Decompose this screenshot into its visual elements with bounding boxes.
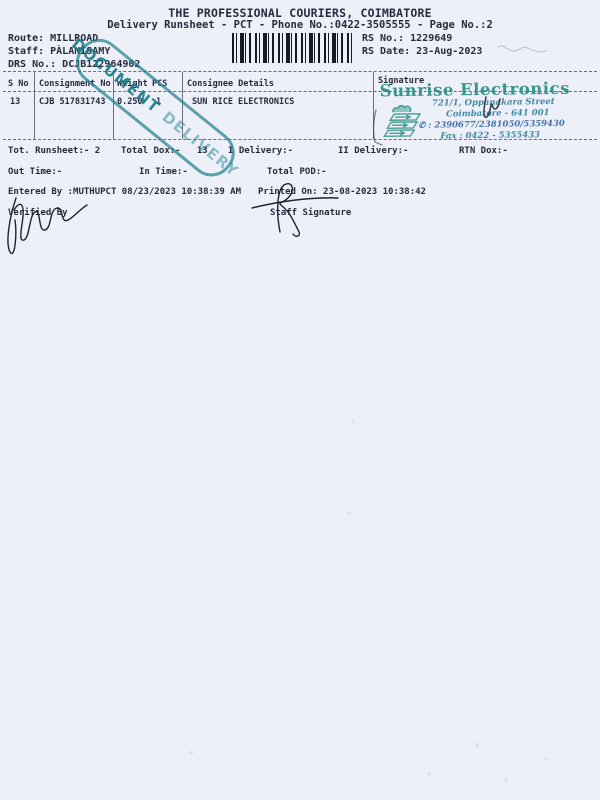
column-divider — [34, 72, 35, 139]
total-runsheet: Tot. Runsheet:- 2 — [8, 146, 100, 156]
total-i-delivery: I Delivery:- — [228, 146, 293, 156]
cell-consignment: CJB 517831743 — [39, 97, 106, 107]
barcode-icon — [232, 33, 353, 63]
rs-no-field: RS No.: 1229649 — [362, 33, 452, 44]
pen-stroke — [370, 108, 384, 148]
document-delivery-stamp: DOCUMENT DELIVERY — [67, 30, 244, 185]
cell-sno: 13 — [10, 97, 20, 107]
runsheet-document: THE PROFESSIONAL COURIERS, COIMBATORE De… — [0, 0, 600, 800]
company-title: THE PROFESSIONAL COURIERS, COIMBATORE — [0, 6, 600, 20]
col-header-consignee: Consignee Details — [187, 79, 274, 89]
cell-consignee: SUN RICE ELECTRONICS — [192, 97, 294, 107]
total-rtn-dox: RTN Dox:- — [459, 146, 508, 156]
runsheet-subtitle: Delivery Runsheet - PCT - Phone No.:0422… — [0, 19, 600, 31]
col-header-sno: S No — [8, 79, 28, 89]
verified-by-signature — [2, 190, 94, 260]
in-time-field: In Time:- — [139, 167, 188, 177]
scan-noise — [0, 0, 2, 2]
receiver-fax: Fax : 0422 - 5355433 — [440, 130, 540, 141]
handwritten-mark — [479, 92, 503, 122]
total-pod-field: Total POD:- — [267, 167, 327, 177]
rs-date-field: RS Date: 23-Aug-2023 — [362, 46, 482, 57]
pencil-squiggle — [494, 40, 550, 58]
out-time-field: Out Time:- — [8, 167, 62, 177]
staff-signature-mark — [246, 178, 346, 240]
